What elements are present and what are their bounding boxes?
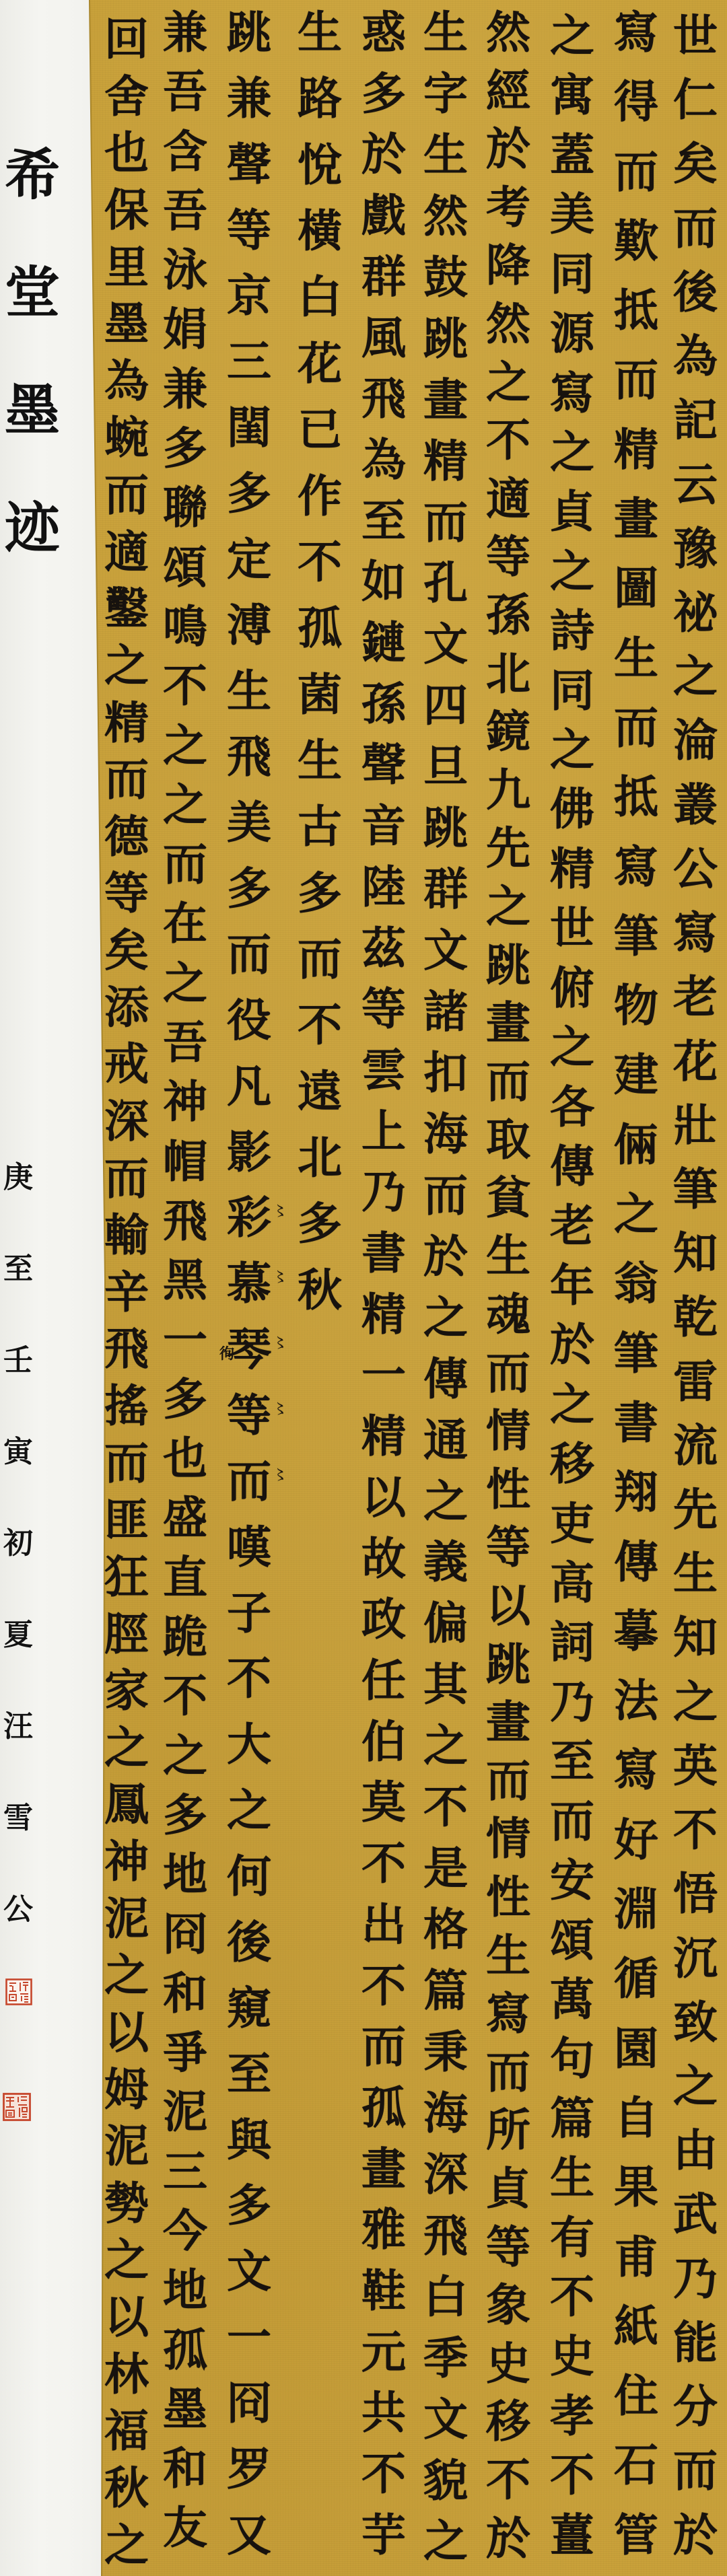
calligraphy-char: 筆 [673,1167,718,1211]
calligraphy-char: 生 [298,10,342,55]
calligraphy-char: 故 [361,1536,406,1581]
calligraphy-char: 而 [104,757,149,801]
calligraphy-char: 不 [361,1841,406,1886]
calligraphy-char: 為 [673,334,718,378]
calligraphy-char: 同 [550,668,594,713]
calligraphy-char: 橫 [298,209,342,253]
calligraphy-char: 孤 [163,2328,207,2372]
calligraphy-char: 紙 [614,2304,658,2349]
calligraphy-char: 多 [227,2183,271,2227]
calligraphy-char: 後 [673,270,718,314]
seal-stamp-upper-icon [5,1978,32,2005]
calligraphy-char: 摹 [614,1609,658,1653]
calligraphy-char: 多 [361,71,406,116]
calligraphy-char: 而 [104,472,149,517]
calligraphy-char: 白 [298,275,342,319]
calligraphy-char: 以 [104,2010,149,2054]
calligraphy-char: 跳 [423,806,468,850]
calligraphy-char: 生 [423,133,468,177]
calligraphy-char: 傳 [614,1540,658,1584]
calligraphy-char: 不 [486,418,530,462]
calligraphy-char: 能 [673,2320,718,2365]
calligraphy-char: 不 [298,540,342,584]
calligraphy-char: 為 [104,359,149,403]
calligraphy-char: 吾 [163,188,207,233]
calligraphy-char: 孫 [486,593,530,637]
calligraphy-char: 佛 [550,787,594,831]
calligraphy-char: 淵 [614,1887,658,1931]
calligraphy-char: 而 [227,932,271,976]
calligraphy-column-2: 寫得而歎抵而精畫圖生而抵寫筆物建倆之翁筆書翔傳摹法寫好淵循園自果甫紙住石管 [604,10,668,2557]
calligraphy-char: 之 [163,783,207,827]
calligraphy-char: 花 [298,341,342,386]
calligraphy-char: 跪 [163,1614,207,1659]
calligraphy-char: 墨 [104,301,149,346]
calligraphy-char: 寓 [550,73,594,117]
calligraphy-char: 飛 [227,734,271,779]
calligraphy-char: 經 [486,69,530,113]
calligraphy-char: 乃 [550,1680,594,1724]
calligraphy-char: 回 [104,17,149,61]
calligraphy-char: 生 [486,1933,530,1978]
calligraphy-char: 各 [550,1085,594,1129]
calligraphy-column-8: 跳兼聲等京三閨多定溥生飛美多而役凡影彩〻慕〻琴〻等〻而〻嘆子不大之何後窺至與多文… [217,10,281,2557]
calligraphy-column-1: 世仁矣而後為記云豫祕之淪叢公寫老花壯筆知乾雷流先生知之英不悟沉致之由武乃能分而於 [663,13,727,2557]
inscription-char: 壬 [3,1315,33,1406]
calligraphy-char: 生 [227,669,271,713]
calligraphy-char: 定 [227,537,271,581]
calligraphy-char: 不 [298,1003,342,1047]
calligraphy-char: 不 [423,1785,468,1829]
calligraphy-char: 鼓 [423,255,468,299]
calligraphy-char: 芋 [361,2513,406,2557]
calligraphy-char: 多 [163,1377,207,1421]
calligraphy-char: 英 [673,1744,718,1788]
calligraphy-char: 而〻 [227,1459,271,1503]
calligraphy-char: 而 [550,1799,594,1843]
calligraphy-char: 北 [486,651,530,696]
calligraphy-char: 源 [550,311,594,355]
calligraphy-char: 而 [614,705,658,750]
calligraphy-char: 畫 [361,2147,406,2191]
calligraphy-char: 之 [550,430,594,474]
calligraphy-char: 四 [423,683,468,727]
inscription-char: 汪 [3,1681,33,1773]
calligraphy-char: 等 [361,987,406,1031]
calligraphy-column-7: 生路悅橫白花已作不孤菌生古多而不遠北多秋 [287,10,352,1312]
calligraphy-char: 篇 [550,2096,594,2141]
calligraphy-char: 精 [423,439,468,483]
title-char: 堂 [5,234,60,352]
calligraphy-char: 之 [673,1680,718,1724]
calligraphy-char: 如 [361,559,406,604]
calligraphy-char: 移 [550,1441,594,1486]
calligraphy-char: 世 [673,13,718,58]
calligraphy-char: 泳 [163,248,207,292]
calligraphy-char: 風 [361,316,406,360]
calligraphy-char: 一 [227,2315,271,2359]
inscription-char: 至 [3,1223,33,1315]
calligraphy-char: 戲 [361,193,406,238]
calligraphy-char: 孤 [361,2085,406,2130]
calligraphy-char: 不 [227,1656,271,1701]
calligraphy-char: 祕 [673,590,718,635]
calligraphy-char: 翔 [614,1470,658,1514]
calligraphy-char: 孫 [361,682,406,726]
calligraphy-char: 然 [423,194,468,238]
calligraphy-char: 等〻 [227,1393,271,1437]
calligraphy-char: 之 [163,1733,207,1778]
calligraphy-char: 乃 [673,2256,718,2301]
calligraphy-char: 吾 [163,69,207,114]
calligraphy-char: 翁 [614,1261,658,1305]
calligraphy-char: 而 [423,1173,468,1217]
calligraphy-char: 之 [423,1723,468,1768]
calligraphy-char: 倆 [614,1122,658,1167]
calligraphy-char: 於 [673,2513,718,2557]
calligraphy-char: 娟 [163,307,207,351]
calligraphy-char: 鞋 [361,2268,406,2313]
calligraphy-char: 戒 [104,1042,149,1086]
calligraphy-char: 仁 [673,77,718,122]
calligraphy-char: 之 [423,1295,468,1340]
calligraphy-char: 菌 [298,672,342,717]
calligraphy-char: 自 [614,2096,658,2140]
calligraphy-char: 多 [298,1201,342,1246]
calligraphy-char: 循 [614,1956,658,2001]
calligraphy-char: 義 [423,1540,468,1584]
calligraphy-char: 冏 [227,2381,271,2425]
calligraphy-char: 多 [163,1793,207,1837]
calligraphy-char: 花 [673,1039,718,1083]
calligraphy-char: 古 [298,804,342,849]
calligraphy-char: 北 [298,1135,342,1180]
calligraphy-char: 老 [550,1203,594,1248]
calligraphy-char: 考 [486,185,530,229]
calligraphy-char: 頌 [163,545,207,589]
calligraphy-char: 與 [227,2118,271,2162]
calligraphy-char: 聯 [163,485,207,530]
calligraphy-char: 格 [423,1907,468,1952]
calligraphy-char: 鳳 [104,1782,149,1826]
calligraphy-char: 聲 [361,742,406,787]
calligraphy-char: 降 [486,243,530,287]
calligraphy-char: 之 [163,961,207,1005]
calligraphy-char: 同 [550,252,594,296]
calligraphy-char: 住 [614,2373,658,2418]
calligraphy-char: 狂 [104,1554,149,1599]
calligraphy-char: 寫 [614,10,658,55]
calligraphy-char: 冏 [163,1912,207,1956]
calligraphy-char: 高 [550,1561,594,1605]
calligraphy-char: 吏 [550,1501,594,1546]
calligraphy-char: 神 [104,1839,149,1884]
calligraphy-char: 家 [104,1668,149,1713]
calligraphy-char: 鑿 [104,586,149,631]
calligraphy-char: 脛 [104,1612,149,1656]
calligraphy-char: 一 [361,1353,406,1397]
seal-stamp-lower-icon [3,2093,31,2121]
calligraphy-char: 情 [486,1816,530,1861]
calligraphy-char: 飛 [104,1326,149,1371]
calligraphy-char: 凡 [227,1064,271,1108]
repeat-mark: 〻 [273,1468,287,1483]
calligraphy-char: 深 [104,1099,149,1143]
calligraphy-char: 之 [104,1725,149,1770]
calligraphy-char: 精 [614,427,658,472]
repeat-mark: 〻 [273,1336,287,1351]
calligraphy-char: 也 [163,1436,207,1480]
calligraphy-char: 是 [423,1846,468,1890]
calligraphy-char: 先 [673,1487,718,1532]
calligraphy-char: 而 [486,1059,530,1104]
calligraphy-char: 老 [673,974,718,1019]
calligraphy-char: 建 [614,1052,658,1097]
calligraphy-char: 然 [486,301,530,346]
calligraphy-char: 取 [486,1117,530,1161]
calligraphy-char: 精 [104,701,149,745]
calligraphy-char: 閨 [227,405,271,450]
calligraphy-char: 三 [227,339,271,384]
calligraphy-char: 之 [104,2238,149,2282]
calligraphy-char: 蓋 [550,133,594,177]
calligraphy-column-6: 惑多於戲群風飛為至如鏈孫聲音陸茲等雲上乃書精一精以故政任伯莫不出不而孤畫雅鞋元共… [351,10,416,2557]
calligraphy-char: 海 [423,2091,468,2135]
calligraphy-char: 秉 [423,2030,468,2074]
calligraphy-char: 福 [104,2408,149,2453]
inscription-char: 雪 [3,1773,33,1864]
calligraphy-char: 文 [423,928,468,972]
calligraphy-char: 政 [361,1597,406,1641]
calligraphy-char: 飛 [361,376,406,421]
calligraphy-char: 白 [423,2275,468,2319]
calligraphy-char: 文 [423,622,468,666]
calligraphy-char: 地 [163,1852,207,1896]
calligraphy-char: 筆 [614,1331,658,1375]
calligraphy-char: 和 [163,1971,207,2015]
calligraphy-char: 抵 [614,775,658,819]
calligraphy-char: 精 [550,847,594,891]
calligraphy-char: 以 [486,1583,530,1628]
calligraphy-char: 之 [163,723,207,768]
calligraphy-char: 俯 [550,966,594,1010]
calligraphy-char: 共 [361,2390,406,2435]
calligraphy-char: 好 [614,1818,658,1862]
calligraphy-char: 果 [614,2165,658,2209]
inscription-char: 初 [3,1498,33,1589]
calligraphy-char: 莫 [361,1780,406,1824]
calligraphy-char: 記 [673,398,718,442]
calligraphy-char: 而 [298,937,342,981]
calligraphy-char: 萬 [550,1977,594,2022]
calligraphy-char: 神 [163,1079,207,1124]
calligraphy-char: 歎 [614,219,658,263]
calligraphy-char: 之 [550,13,594,58]
calligraphy-char: 京 [227,273,271,318]
calligraphy-char: 也 [104,131,149,175]
calligraphy-char: 惑 [361,10,406,55]
calligraphy-char: 乾 [673,1295,718,1339]
calligraphy-char: 貧 [486,1176,530,1220]
calligraphy-char: 旦 [423,744,468,789]
calligraphy-char: 而 [486,1351,530,1395]
calligraphy-char: 一 [163,1318,207,1362]
calligraphy-char: 篇 [423,1968,468,2013]
calligraphy-char: 鏡 [486,709,530,754]
calligraphy-char: 群 [423,867,468,911]
calligraphy-char: 畫 [486,1001,530,1045]
title-char: 墨 [5,352,60,470]
calligraphy-char: 云 [673,462,718,507]
calligraphy-char: 物 [614,983,658,1028]
calligraphy-char: 而 [614,149,658,194]
calligraphy-char: 安 [550,1858,594,1902]
calligraphy-char: 生 [486,1233,530,1278]
calligraphy-char: 不 [486,2458,530,2502]
calligraphy-char: 象 [486,2283,530,2327]
calligraphy-char: 出 [361,1902,406,1947]
calligraphy-char: 於 [550,1322,594,1367]
calligraphy-char: 地 [163,2268,207,2312]
calligraphy-char: 流 [673,1423,718,1468]
calligraphy-char: 其 [423,1662,468,1707]
calligraphy-char: 史 [486,2341,530,2386]
calligraphy-char: 世 [550,906,594,950]
calligraphy-char: 兼 [163,10,207,55]
calligraphy-char: 不 [163,664,207,708]
calligraphy-char: 悅 [298,143,342,187]
calligraphy-char: 園 [614,2026,658,2071]
calligraphy-char: 畫 [423,378,468,422]
calligraphy-column-9: 兼吾含吾泳娟兼多聯頌鳴不之之而在之吾神帽飛黑一多也盛直跪不之多地冏和爭泥三今地孤… [153,10,217,2550]
calligraphy-char: 而 [423,500,468,544]
calligraphy-char: 深 [423,2152,468,2196]
calligraphy-char: 輸 [104,1213,149,1257]
calligraphy-char: 保 [104,188,149,232]
calligraphy-char: 德 [104,814,149,859]
calligraphy-char: 之 [104,1953,149,1997]
calligraphy-char: 法 [614,1678,658,1723]
calligraphy-char: 分 [673,2384,718,2429]
calligraphy-char: 致 [673,2000,718,2044]
calligraphy-char: 知 [673,1231,718,1275]
calligraphy-char: 而 [673,206,718,250]
calligraphy-char: 寫 [614,845,658,889]
calligraphy-char: 跳 [423,316,468,361]
calligraphy-char: 而 [486,1758,530,1803]
calligraphy-char: 抵 [614,288,658,332]
calligraphy-char: 蜿 [104,415,149,460]
calligraphy-char: 窺 [227,1986,271,2030]
calligraphy-char: 泥 [104,1896,149,1941]
calligraphy-char: 美 [550,192,594,236]
calligraphy-char: 句 [550,2036,594,2081]
calligraphy-char: 精 [361,1292,406,1336]
calligraphy-char: 之 [614,1192,658,1236]
calligraphy-char: 不 [163,1674,207,1718]
calligraphy-char: 等 [486,2225,530,2269]
calligraphy-char: 於 [486,127,530,171]
calligraphy-char: 寫 [486,1991,530,2036]
calligraphy-char: 石 [614,2443,658,2487]
calligraphy-char: 而 [361,2024,406,2069]
calligraphy-char: 吾 [163,1020,207,1065]
repeat-mark: 〻 [273,1271,287,1285]
calligraphy-char: 然 [486,10,530,55]
calligraphy-char: 得 [614,79,658,124]
calligraphy-char: 之 [423,1479,468,1524]
calligraphy-char: 於 [361,132,406,176]
calligraphy-char: 跳 [486,943,530,987]
calligraphy-char: 公 [673,847,718,891]
calligraphy-char: 秋 [104,2466,149,2510]
calligraphy-char: 又 [227,2513,271,2557]
calligraphy-char: 秋 [298,1268,342,1312]
calligraphy-char: 寫 [673,910,718,955]
calligraphy-char: 等 [227,208,271,252]
calligraphy-char: 扣 [423,1050,468,1095]
calligraphy-char: 適 [104,530,149,574]
calligraphy-char: 貞 [486,2166,530,2211]
calligraphy-char: 之 [104,643,149,688]
calligraphy-char: 以 [104,2295,149,2339]
calligraphy-column-3: 之寓蓋美同源寫之貞之詩同之佛精世俯之各傳老年於之移吏高詞乃至而安頌萬句篇生有不史… [540,13,604,2557]
calligraphy-char: 生 [614,636,658,680]
calligraphy-char: 等 [486,534,530,579]
calligraphy-char: 跳 [227,10,271,55]
calligraphy-char: 鳴 [163,604,207,649]
calligraphy-char: 詩 [550,608,594,653]
calligraphy-char: 上 [361,1109,406,1153]
calligraphy-char: 彩〻 [227,1195,271,1240]
calligraphy-char: 搖 [104,1384,149,1428]
calligraphy-char: 性 [486,1467,530,1511]
calligraphy-char: 之 [550,549,594,594]
calligraphy-char: 林 [104,2352,149,2396]
calligraphy-char: 後 [227,1920,271,1964]
calligraphy-char: 季 [423,2336,468,2380]
calligraphy-char: 海 [423,1112,468,1156]
calligraphy-char: 頌 [550,1918,594,1962]
calligraphy-char: 雷 [673,1359,718,1404]
calligraphy-char: 勢 [104,2181,149,2225]
calligraphy-char: 多 [163,426,207,470]
calligraphy-char: 所 [486,2108,530,2152]
calligraphy-char: 管 [614,2513,658,2557]
calligraphy-char: 寫 [614,1748,658,1792]
calligraphy-char: 墨 [163,2387,207,2431]
calligraphy-char: 書 [614,1400,658,1445]
calligraphy-char: 跳 [486,1642,530,1686]
inscription-char: 寅 [3,1406,33,1498]
calligraphy-char: 爭 [163,2030,207,2075]
calligraphy-char: 里 [104,245,149,289]
scroll-title: 希堂墨迹 [3,116,62,587]
calligraphy-char: 至 [227,2052,271,2096]
title-char: 希 [5,116,60,234]
calligraphy-char: 之 [550,727,594,772]
calligraphy-char: 為 [361,437,406,482]
calligraphy-char: 生 [550,2155,594,2200]
calligraphy-char: 舍 [104,74,149,118]
calligraphy-char: 貞 [550,489,594,534]
calligraphy-char: 盛 [163,1495,207,1540]
calligraphy-char: 字 [423,71,468,116]
calligraphy-char: 大 [227,1722,271,1766]
calligraphy-char: 年 [550,1263,594,1308]
calligraphy-char: 不 [361,2452,406,2496]
calligraphy-char: 詞 [550,1620,594,1664]
